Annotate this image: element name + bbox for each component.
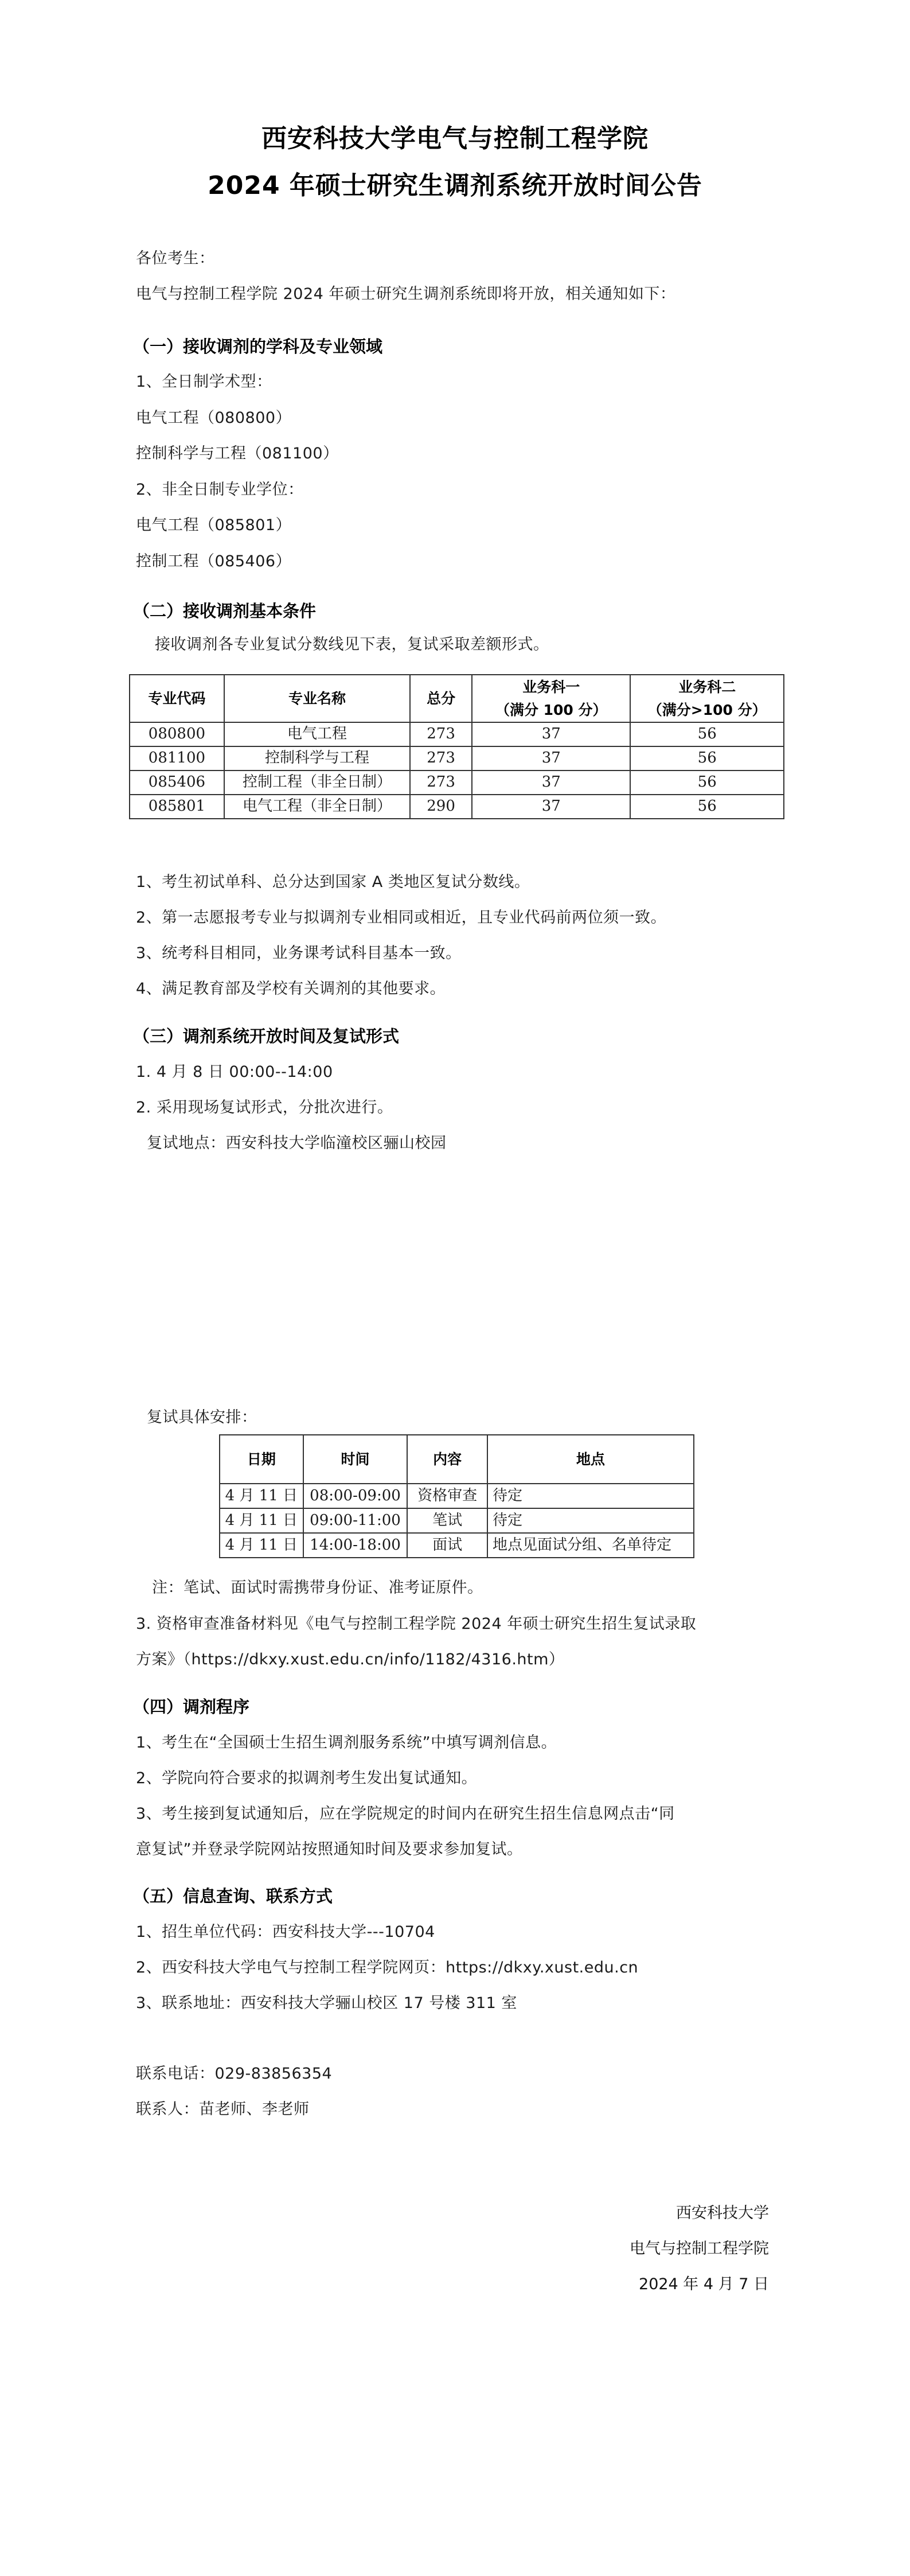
materials-link[interactable]: 方案》（https://dkxy.xust.edu.cn/info/1182/4…: [136, 1651, 564, 1668]
section1-heading: （一）接收调剂的学科及专业领域: [133, 334, 382, 357]
cell-total: 290: [410, 795, 472, 819]
header-place: 地点: [487, 1435, 694, 1484]
exam-location: 复试地点：西安科技大学临潼校区骊山校园: [147, 1130, 447, 1153]
score-table-intro: 接收调剂各专业复试分数线见下表，复试采取差额形式。: [155, 632, 549, 654]
signature-date: 2024 年 4 月 7 日: [639, 2271, 769, 2294]
header-date: 日期: [220, 1435, 303, 1484]
cell-name: 电气工程: [224, 722, 410, 746]
signature-university: 西安科技大学: [676, 2200, 769, 2223]
cell-place: 待定: [487, 1508, 694, 1533]
schedule-item-2: 2. 采用现场复试形式，分批次进行。: [136, 1095, 393, 1117]
signature-college: 电气与控制工程学院: [630, 2236, 769, 2258]
cell-content: 笔试: [407, 1508, 487, 1533]
procedure-item-3-line2: 意复试”并登录学院网站按照通知时间及要求参加复试。: [136, 1836, 523, 1859]
cell-date: 4 月 11 日: [220, 1484, 303, 1508]
contact-item-website[interactable]: 2、西安科技大学电气与控制工程学院网页：https://dkxy.xust.ed…: [136, 1955, 638, 1977]
full-time-label: 1、全日制学术型：: [136, 369, 272, 391]
procedure-item-3-line1: 3、考生接到复试通知后，应在学院规定的时间内在研究生招生信息网点击“同: [136, 1801, 675, 1823]
cell-subject2: 56: [630, 722, 784, 746]
condition-item: 1、考生初试单科、总分达到国家 A 类地区复试分数线。: [136, 869, 530, 892]
header-subject2-title: 业务科二: [678, 679, 736, 695]
header-subject2-note: （满分>100 分）: [631, 702, 783, 719]
document-title-line1: 西安科技大学电气与控制工程学院: [0, 118, 910, 154]
table-row: 080800 电气工程 273 37 56: [130, 722, 784, 746]
program-item: 电气工程（085801）: [136, 512, 291, 535]
cell-content: 资格审查: [407, 1484, 487, 1508]
header-total: 总分: [410, 675, 472, 722]
section2-heading: （二）接收调剂基本条件: [133, 598, 316, 622]
table-row: 4 月 11 日 09:00-11:00 笔试 待定: [220, 1508, 694, 1533]
table-row: 085801 电气工程（非全日制） 290 37 56: [130, 795, 784, 819]
materials-item-line1: 3. 资格审查准备材料见《电气与控制工程学院 2024 年硕士研究生招生复试录取: [136, 1611, 696, 1633]
header-name: 专业名称: [224, 675, 410, 722]
part-time-label: 2、非全日制专业学位：: [136, 477, 304, 499]
program-item: 电气工程（080800）: [136, 405, 291, 427]
header-subject1: 业务科一 （满分 100 分）: [472, 675, 630, 722]
intro-paragraph: 电气与控制工程学院 2024 年硕士研究生调剂系统即将开放，相关通知如下：: [136, 281, 675, 303]
header-code: 专业代码: [130, 675, 224, 722]
section3-heading: （三）调剂系统开放时间及复试形式: [133, 1024, 399, 1047]
header-subject1-title: 业务科一: [522, 679, 580, 695]
section4-heading: （四）调剂程序: [133, 1694, 249, 1718]
cell-code: 085801: [130, 795, 224, 819]
cell-place: 待定: [487, 1484, 694, 1508]
table-row: 4 月 11 日 08:00-09:00 资格审查 待定: [220, 1484, 694, 1508]
greeting: 各位考生：: [136, 246, 215, 268]
cell-time: 14:00-18:00: [303, 1533, 408, 1558]
header-time: 时间: [303, 1435, 408, 1484]
program-item: 控制科学与工程（081100）: [136, 441, 339, 463]
schedule-table: 日期 时间 内容 地点 4 月 11 日 08:00-09:00 资格审查 待定…: [219, 1434, 694, 1558]
program-item: 控制工程（085406）: [136, 548, 291, 571]
document-title-line2: 2024 年硕士研究生调剂系统开放时间公告: [0, 165, 910, 201]
cell-subject1: 37: [472, 746, 630, 771]
table-row: 085406 控制工程（非全日制） 273 37 56: [130, 771, 784, 795]
header-subject2: 业务科二 （满分>100 分）: [630, 675, 784, 722]
cell-name: 电气工程（非全日制）: [224, 795, 410, 819]
cell-date: 4 月 11 日: [220, 1533, 303, 1558]
cell-subject2: 56: [630, 746, 784, 771]
procedure-item: 2、学院向符合要求的拟调剂考生发出复试通知。: [136, 1765, 477, 1788]
cell-place: 地点见面试分组、名单待定: [487, 1533, 694, 1558]
cell-code: 085406: [130, 771, 224, 795]
materials-item-line2[interactable]: 方案》（https://dkxy.xust.edu.cn/info/1182/4…: [136, 1647, 564, 1669]
score-table: 专业代码 专业名称 总分 业务科一 （满分 100 分） 业务科二 （满分>10…: [129, 674, 784, 819]
score-table-header: 专业代码 专业名称 总分 业务科一 （满分 100 分） 业务科二 （满分>10…: [130, 675, 784, 722]
procedure-item: 1、考生在“全国硕士生招生调剂服务系统”中填写调剂信息。: [136, 1730, 557, 1752]
cell-total: 273: [410, 771, 472, 795]
cell-code: 081100: [130, 746, 224, 771]
schedule-label: 复试具体安排：: [147, 1404, 257, 1427]
cell-date: 4 月 11 日: [220, 1508, 303, 1533]
contact-item: 1、招生单位代码：西安科技大学---10704: [136, 1919, 435, 1941]
section5-heading: （五）信息查询、联系方式: [133, 1884, 333, 1907]
cell-total: 273: [410, 746, 472, 771]
condition-item: 4、满足教育部及学校有关调剂的其他要求。: [136, 976, 446, 998]
cell-name: 控制科学与工程: [224, 746, 410, 771]
schedule-note: 注：笔试、面试时需携带身份证、准考证原件。: [152, 1575, 483, 1597]
cell-total: 273: [410, 722, 472, 746]
cell-subject1: 37: [472, 722, 630, 746]
contact-persons: 联系人：苗老师、李老师: [136, 2096, 310, 2119]
cell-subject2: 56: [630, 795, 784, 819]
condition-item: 2、第一志愿报考专业与拟调剂专业相同或相近，且专业代码前两位须一致。: [136, 905, 666, 927]
schedule-item-1: 1. 4 月 8 日 00:00--14:00: [136, 1059, 333, 1081]
cell-time: 09:00-11:00: [303, 1508, 408, 1533]
header-content: 内容: [407, 1435, 487, 1484]
cell-content: 面试: [407, 1533, 487, 1558]
contact-phone: 联系电话：029-83856354: [136, 2061, 332, 2083]
cell-subject1: 37: [472, 795, 630, 819]
table-row: 081100 控制科学与工程 273 37 56: [130, 746, 784, 771]
cell-time: 08:00-09:00: [303, 1484, 408, 1508]
schedule-table-header: 日期 时间 内容 地点: [220, 1435, 694, 1484]
condition-item: 3、统考科目相同，业务课考试科目基本一致。: [136, 940, 462, 963]
cell-code: 080800: [130, 722, 224, 746]
cell-subject2: 56: [630, 771, 784, 795]
table-row: 4 月 11 日 14:00-18:00 面试 地点见面试分组、名单待定: [220, 1533, 694, 1558]
cell-name: 控制工程（非全日制）: [224, 771, 410, 795]
cell-subject1: 37: [472, 771, 630, 795]
header-subject1-note: （满分 100 分）: [472, 702, 630, 719]
contact-item: 3、联系地址：西安科技大学骊山校区 17 号楼 311 室: [136, 1990, 517, 2013]
